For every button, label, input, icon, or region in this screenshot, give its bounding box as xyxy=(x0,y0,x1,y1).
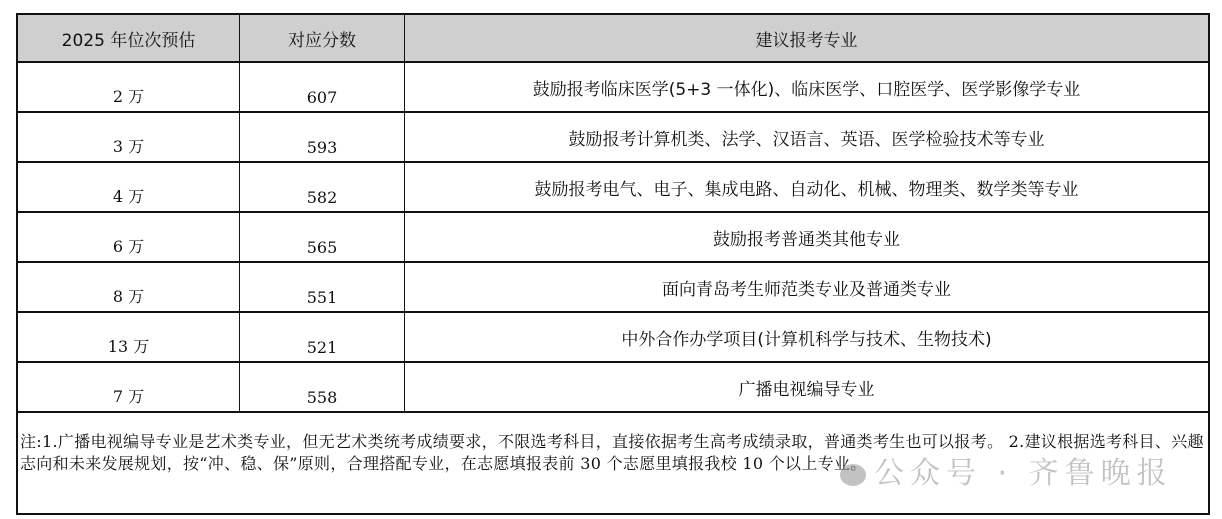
header-majors: 建议报考专业 xyxy=(405,15,1208,61)
score-cell: 551 xyxy=(240,263,405,311)
rank-cell: 7 万 xyxy=(18,363,240,411)
table-row: 13 万 521 中外合作办学项目(计算机科学与技术、生物技术) xyxy=(18,313,1208,363)
table-row: 6 万 565 鼓励报考普通类其他专业 xyxy=(18,213,1208,263)
header-rank: 2025 年位次预估 xyxy=(18,15,240,61)
score-cell: 565 xyxy=(240,213,405,261)
admission-table: 2025 年位次预估 对应分数 建议报考专业 2 万 607 鼓励报考临床医学(… xyxy=(16,13,1210,515)
score-cell: 582 xyxy=(240,163,405,211)
table-row: 7 万 558 广播电视编导专业 xyxy=(18,363,1208,413)
rank-cell: 3 万 xyxy=(18,113,240,161)
majors-cell: 鼓励报考计算机类、法学、汉语言、英语、医学检验技术等专业 xyxy=(405,113,1208,161)
score-cell: 521 xyxy=(240,313,405,361)
table-row: 4 万 582 鼓励报考电气、电子、集成电路、自动化、机械、物理类、数学类等专业 xyxy=(18,163,1208,213)
rank-cell: 6 万 xyxy=(18,213,240,261)
majors-cell: 鼓励报考电气、电子、集成电路、自动化、机械、物理类、数学类等专业 xyxy=(405,163,1208,211)
majors-cell: 鼓励报考临床医学(5+3 一体化)、临床医学、口腔医学、医学影像学专业 xyxy=(405,63,1208,111)
score-cell: 558 xyxy=(240,363,405,411)
rank-cell: 4 万 xyxy=(18,163,240,211)
table-header-row: 2025 年位次预估 对应分数 建议报考专业 xyxy=(18,15,1208,63)
score-cell: 593 xyxy=(240,113,405,161)
notes-text: 注:1.广播电视编导专业是艺术类专业，但无艺术类统考成绩要求，不限选考科目，直接… xyxy=(18,413,1208,513)
majors-cell: 中外合作办学项目(计算机科学与技术、生物技术) xyxy=(405,313,1208,361)
score-cell: 607 xyxy=(240,63,405,111)
table-row: 2 万 607 鼓励报考临床医学(5+3 一体化)、临床医学、口腔医学、医学影像… xyxy=(18,63,1208,113)
majors-cell: 面向青岛考生师范类专业及普通类专业 xyxy=(405,263,1208,311)
table-row: 3 万 593 鼓励报考计算机类、法学、汉语言、英语、医学检验技术等专业 xyxy=(18,113,1208,163)
header-score: 对应分数 xyxy=(240,15,405,61)
rank-cell: 2 万 xyxy=(18,63,240,111)
notes-row: 注:1.广播电视编导专业是艺术类专业，但无艺术类统考成绩要求，不限选考科目，直接… xyxy=(18,413,1208,513)
rank-cell: 8 万 xyxy=(18,263,240,311)
rank-cell: 13 万 xyxy=(18,313,240,361)
table-row: 8 万 551 面向青岛考生师范类专业及普通类专业 xyxy=(18,263,1208,313)
majors-cell: 广播电视编导专业 xyxy=(405,363,1208,411)
majors-cell: 鼓励报考普通类其他专业 xyxy=(405,213,1208,261)
